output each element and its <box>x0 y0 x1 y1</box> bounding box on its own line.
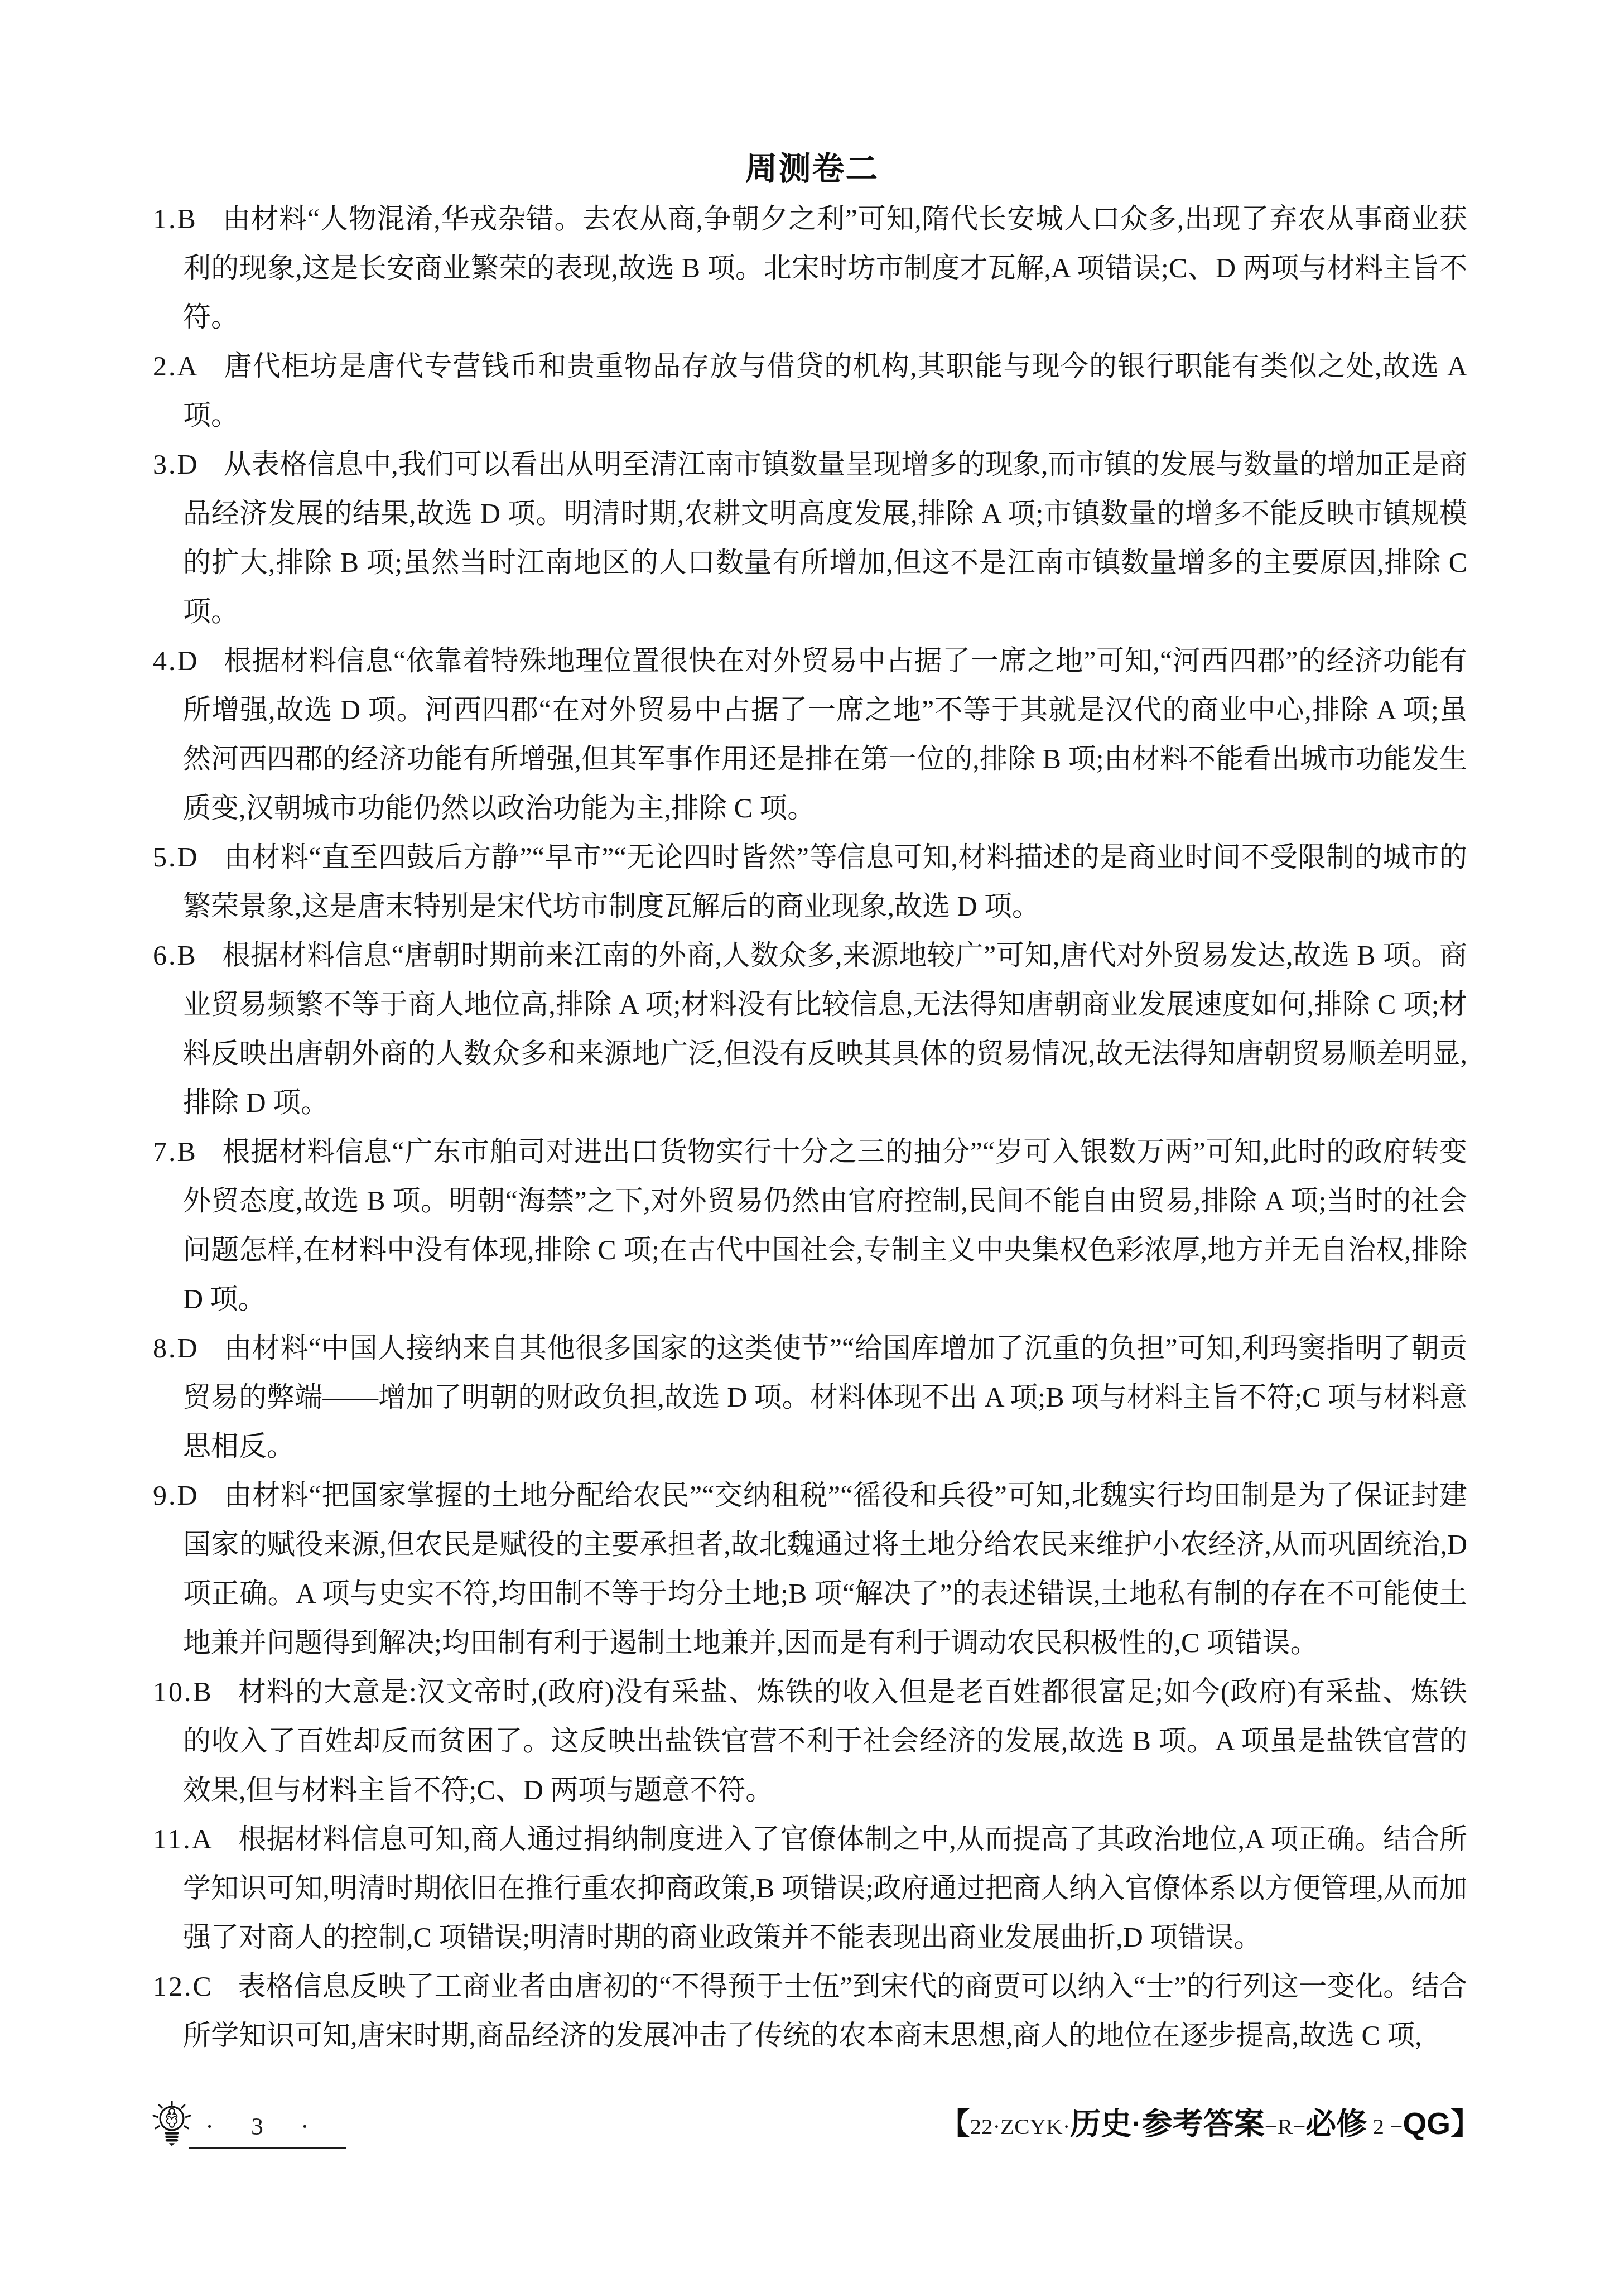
answer-number: 9.D <box>153 1480 199 1511</box>
answer-item: 1.B由材料“人物混淆,华戎杂错。去农从商,争朝夕之利”可知,隋代长安城人口众多… <box>153 194 1467 341</box>
stamp-segment: 2 <box>1367 2113 1390 2139</box>
answer-explanation: 根据材料信息可知,商人通过捐纳制度进入了官僚体制之中,从而提高了其政治地位,A … <box>183 1823 1467 1953</box>
stamp-segment: 22·ZCYK· <box>970 2113 1070 2139</box>
answer-number: 8.D <box>153 1332 199 1364</box>
answer-key-list: 1.B由材料“人物混淆,华戎杂错。去农从商,争朝夕之利”可知,隋代长安城人口众多… <box>153 194 1467 2060</box>
answer-number: 2.A <box>153 350 199 382</box>
answer-number: 10.B <box>153 1676 213 1707</box>
answer-number: 1.B <box>153 203 197 234</box>
stamp-segment: 】 <box>1450 2106 1481 2141</box>
stamp-segment: 历史·参考答案 <box>1070 2106 1264 2141</box>
answer-item: 9.D由材料“把国家掌握的土地分配给农民”“交纳租税”“徭役和兵役”可知,北魏实… <box>153 1471 1467 1667</box>
answer-number: 12.C <box>153 1971 213 2002</box>
answer-number: 6.B <box>153 940 197 971</box>
answer-item: 12.C表格信息反映了工商业者由唐初的“不得预于士伍”到宋代的商贾可以纳入“士”… <box>153 1962 1467 2060</box>
answer-item: 4.D根据材料信息“依靠着特殊地理位置很快在对外贸易中占据了一席之地”可知,“河… <box>153 636 1467 832</box>
answer-explanation: 唐代柜坊是唐代专营钱币和贵重物品存放与借贷的机构,其职能与现今的银行职能有类似之… <box>183 350 1467 431</box>
stamp-segment: −R− <box>1265 2113 1306 2139</box>
answer-number: 3.D <box>153 449 199 480</box>
answer-item: 7.B根据材料信息“广东市舶司对进出口货物实行十分之三的抽分”“岁可入银数万两”… <box>153 1127 1467 1323</box>
answer-explanation: 根据材料信息“唐朝时期前来江南的外商,人数众多,来源地较广”可知,唐代对外贸易发… <box>183 940 1467 1118</box>
answer-number: 7.B <box>153 1136 197 1167</box>
footer-stamp: 【22·ZCYK·历史·参考答案−R−必修 2 −QG】 <box>939 2099 1481 2143</box>
page-number-underline <box>189 2147 346 2149</box>
answer-explanation: 由材料“直至四鼓后方静”“早市”“无论四时皆然”等信息可知,材料描述的是商业时间… <box>183 841 1467 922</box>
answer-item: 3.D从表格信息中,我们可以看出从明至清江南市镇数量呈现增多的现象,而市镇的发展… <box>153 440 1467 636</box>
document-page: 周测卷二 1.B由材料“人物混淆,华戎杂错。去农从商,争朝夕之利”可知,隋代长安… <box>0 0 1624 2283</box>
answer-item: 11.A根据材料信息可知,商人通过捐纳制度进入了官僚体制之中,从而提高了其政治地… <box>153 1814 1467 1962</box>
answer-number: 5.D <box>153 841 199 873</box>
answer-explanation: 根据材料信息“广东市舶司对进出口货物实行十分之三的抽分”“岁可入银数万两”可知,… <box>183 1136 1467 1314</box>
stamp-segment: 【 <box>939 2106 970 2141</box>
answer-item: 2.A唐代柜坊是唐代专营钱币和贵重物品存放与借贷的机构,其职能与现今的银行职能有… <box>153 341 1467 440</box>
answer-explanation: 材料的大意是:汉文帝时,(政府)没有采盐、炼铁的收入但是老百姓都很富足;如今(政… <box>183 1676 1467 1805</box>
answer-explanation: 由材料“中国人接纳来自其他很多国家的这类使节”“给国库增加了沉重的负担”可知,利… <box>183 1332 1467 1462</box>
answer-explanation: 根据材料信息“依靠着特殊地理位置很快在对外贸易中占据了一席之地”可知,“河西四郡… <box>183 645 1467 823</box>
stamp-segment: 必修 <box>1305 2106 1367 2141</box>
stamp-segment: QG <box>1403 2106 1450 2141</box>
answer-item: 5.D由材料“直至四鼓后方静”“早市”“无论四时皆然”等信息可知,材料描述的是商… <box>153 832 1467 931</box>
page-footer: · 3 · 【22·ZCYK·历史·参考答案−R−必修 2 −QG】 <box>0 2087 1624 2198</box>
answer-explanation: 由材料“把国家掌握的土地分配给农民”“交纳租税”“徭役和兵役”可知,北魏实行均田… <box>183 1480 1467 1658</box>
answer-explanation: 表格信息反映了工商业者由唐初的“不得预于士伍”到宋代的商贾可以纳入“士”的行列这… <box>183 1971 1467 2051</box>
stamp-segment: − <box>1390 2113 1403 2139</box>
answer-explanation: 从表格信息中,我们可以看出从明至清江南市镇数量呈现增多的现象,而市镇的发展与数量… <box>183 449 1467 627</box>
page-number: · 3 · <box>179 2112 351 2141</box>
answer-number: 4.D <box>153 645 199 676</box>
answer-explanation: 由材料“人物混淆,华戎杂错。去农从商,争朝夕之利”可知,隋代长安城人口众多,出现… <box>183 203 1467 333</box>
answer-item: 8.D由材料“中国人接纳来自其他很多国家的这类使节”“给国库增加了沉重的负担”可… <box>153 1323 1467 1471</box>
answer-item: 10.B材料的大意是:汉文帝时,(政府)没有采盐、炼铁的收入但是老百姓都很富足;… <box>153 1667 1467 1814</box>
page-title: 周测卷二 <box>0 150 1624 189</box>
answer-number: 11.A <box>153 1823 214 1855</box>
answer-item: 6.B根据材料信息“唐朝时期前来江南的外商,人数众多,来源地较广”可知,唐代对外… <box>153 931 1467 1127</box>
